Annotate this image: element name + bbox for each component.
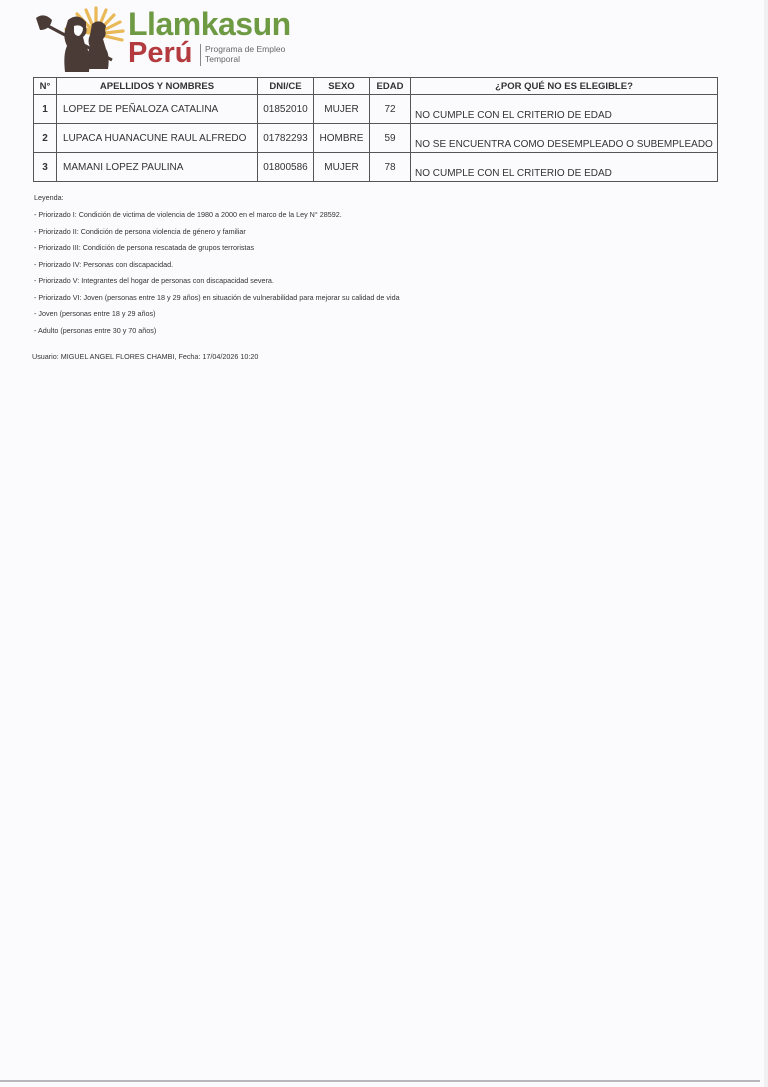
row-dni: 01800586 (258, 153, 314, 182)
legend-title: Leyenda: (34, 193, 400, 202)
table-row: 1 LOPEZ DE PEÑALOZA CATALINA 01852010 MU… (34, 95, 718, 124)
row-sex: HOMBRE (314, 124, 370, 153)
row-age: 59 (370, 124, 411, 153)
legend-item: - Priorizado I: Condición de victima de … (34, 210, 400, 227)
legend-item: - Priorizado II: Condición de persona vi… (34, 227, 400, 244)
row-number: 1 (34, 95, 57, 124)
scan-bottom-edge (0, 1080, 760, 1082)
legend-item: - Priorizado IV: Personas con discapacid… (34, 260, 400, 277)
legend-item: - Joven (personas entre 18 y 29 años) (34, 309, 400, 326)
row-reason: NO CUMPLE CON EL CRITERIO DE EDAD (411, 153, 718, 182)
row-age: 72 (370, 95, 411, 124)
header-dni: DNI/CE (258, 78, 314, 95)
row-number: 3 (34, 153, 57, 182)
row-dni: 01782293 (258, 124, 314, 153)
ineligible-table: N° APELLIDOS Y NOMBRES DNI/CE SEXO EDAD … (33, 77, 718, 182)
legend: Leyenda: - Priorizado I: Condición de vi… (34, 193, 400, 342)
brand-name-peru: Perú (128, 38, 192, 68)
tagline-line-2: Temporal (205, 54, 285, 64)
legend-item: - Adulto (personas entre 30 y 70 años) (34, 326, 400, 343)
row-dni: 01852010 (258, 95, 314, 124)
legend-item: - Priorizado III: Condición de persona r… (34, 243, 400, 260)
user-date-footer: Usuario: MIGUEL ANGEL FLORES CHAMBI, Fec… (32, 352, 258, 361)
row-name: LUPACA HUANACUNE RAUL ALFREDO (57, 124, 258, 153)
row-name: LOPEZ DE PEÑALOZA CATALINA (57, 95, 258, 124)
header-age: EDAD (370, 78, 411, 95)
header-sex: SEXO (314, 78, 370, 95)
row-age: 78 (370, 153, 411, 182)
brand-logo: Llamkasun Perú Programa de Empleo Tempor… (34, 4, 294, 72)
brand-tagline: Programa de Empleo Temporal (205, 44, 285, 64)
row-sex: MUJER (314, 153, 370, 182)
brand-divider (200, 44, 201, 66)
brand-name-llamkasun: Llamkasun (128, 8, 291, 40)
table-header-row: N° APELLIDOS Y NOMBRES DNI/CE SEXO EDAD … (34, 78, 718, 95)
row-sex: MUJER (314, 95, 370, 124)
legend-item: - Priorizado VI: Joven (personas entre 1… (34, 293, 400, 310)
legend-item: - Priorizado V: Integrantes del hogar de… (34, 276, 400, 293)
header-number: N° (34, 78, 57, 95)
row-number: 2 (34, 124, 57, 153)
workers-sun-icon (34, 4, 126, 72)
row-reason: NO CUMPLE CON EL CRITERIO DE EDAD (411, 95, 718, 124)
tagline-line-1: Programa de Empleo (205, 44, 285, 54)
header-reason: ¿POR QUÉ NO ES ELEGIBLE? (411, 78, 718, 95)
row-name: MAMANI LOPEZ PAULINA (57, 153, 258, 182)
scan-right-edge (764, 0, 768, 1087)
table-row: 3 MAMANI LOPEZ PAULINA 01800586 MUJER 78… (34, 153, 718, 182)
header-names: APELLIDOS Y NOMBRES (57, 78, 258, 95)
row-reason: NO SE ENCUENTRA COMO DESEMPLEADO O SUBEM… (411, 124, 718, 153)
table-row: 2 LUPACA HUANACUNE RAUL ALFREDO 01782293… (34, 124, 718, 153)
